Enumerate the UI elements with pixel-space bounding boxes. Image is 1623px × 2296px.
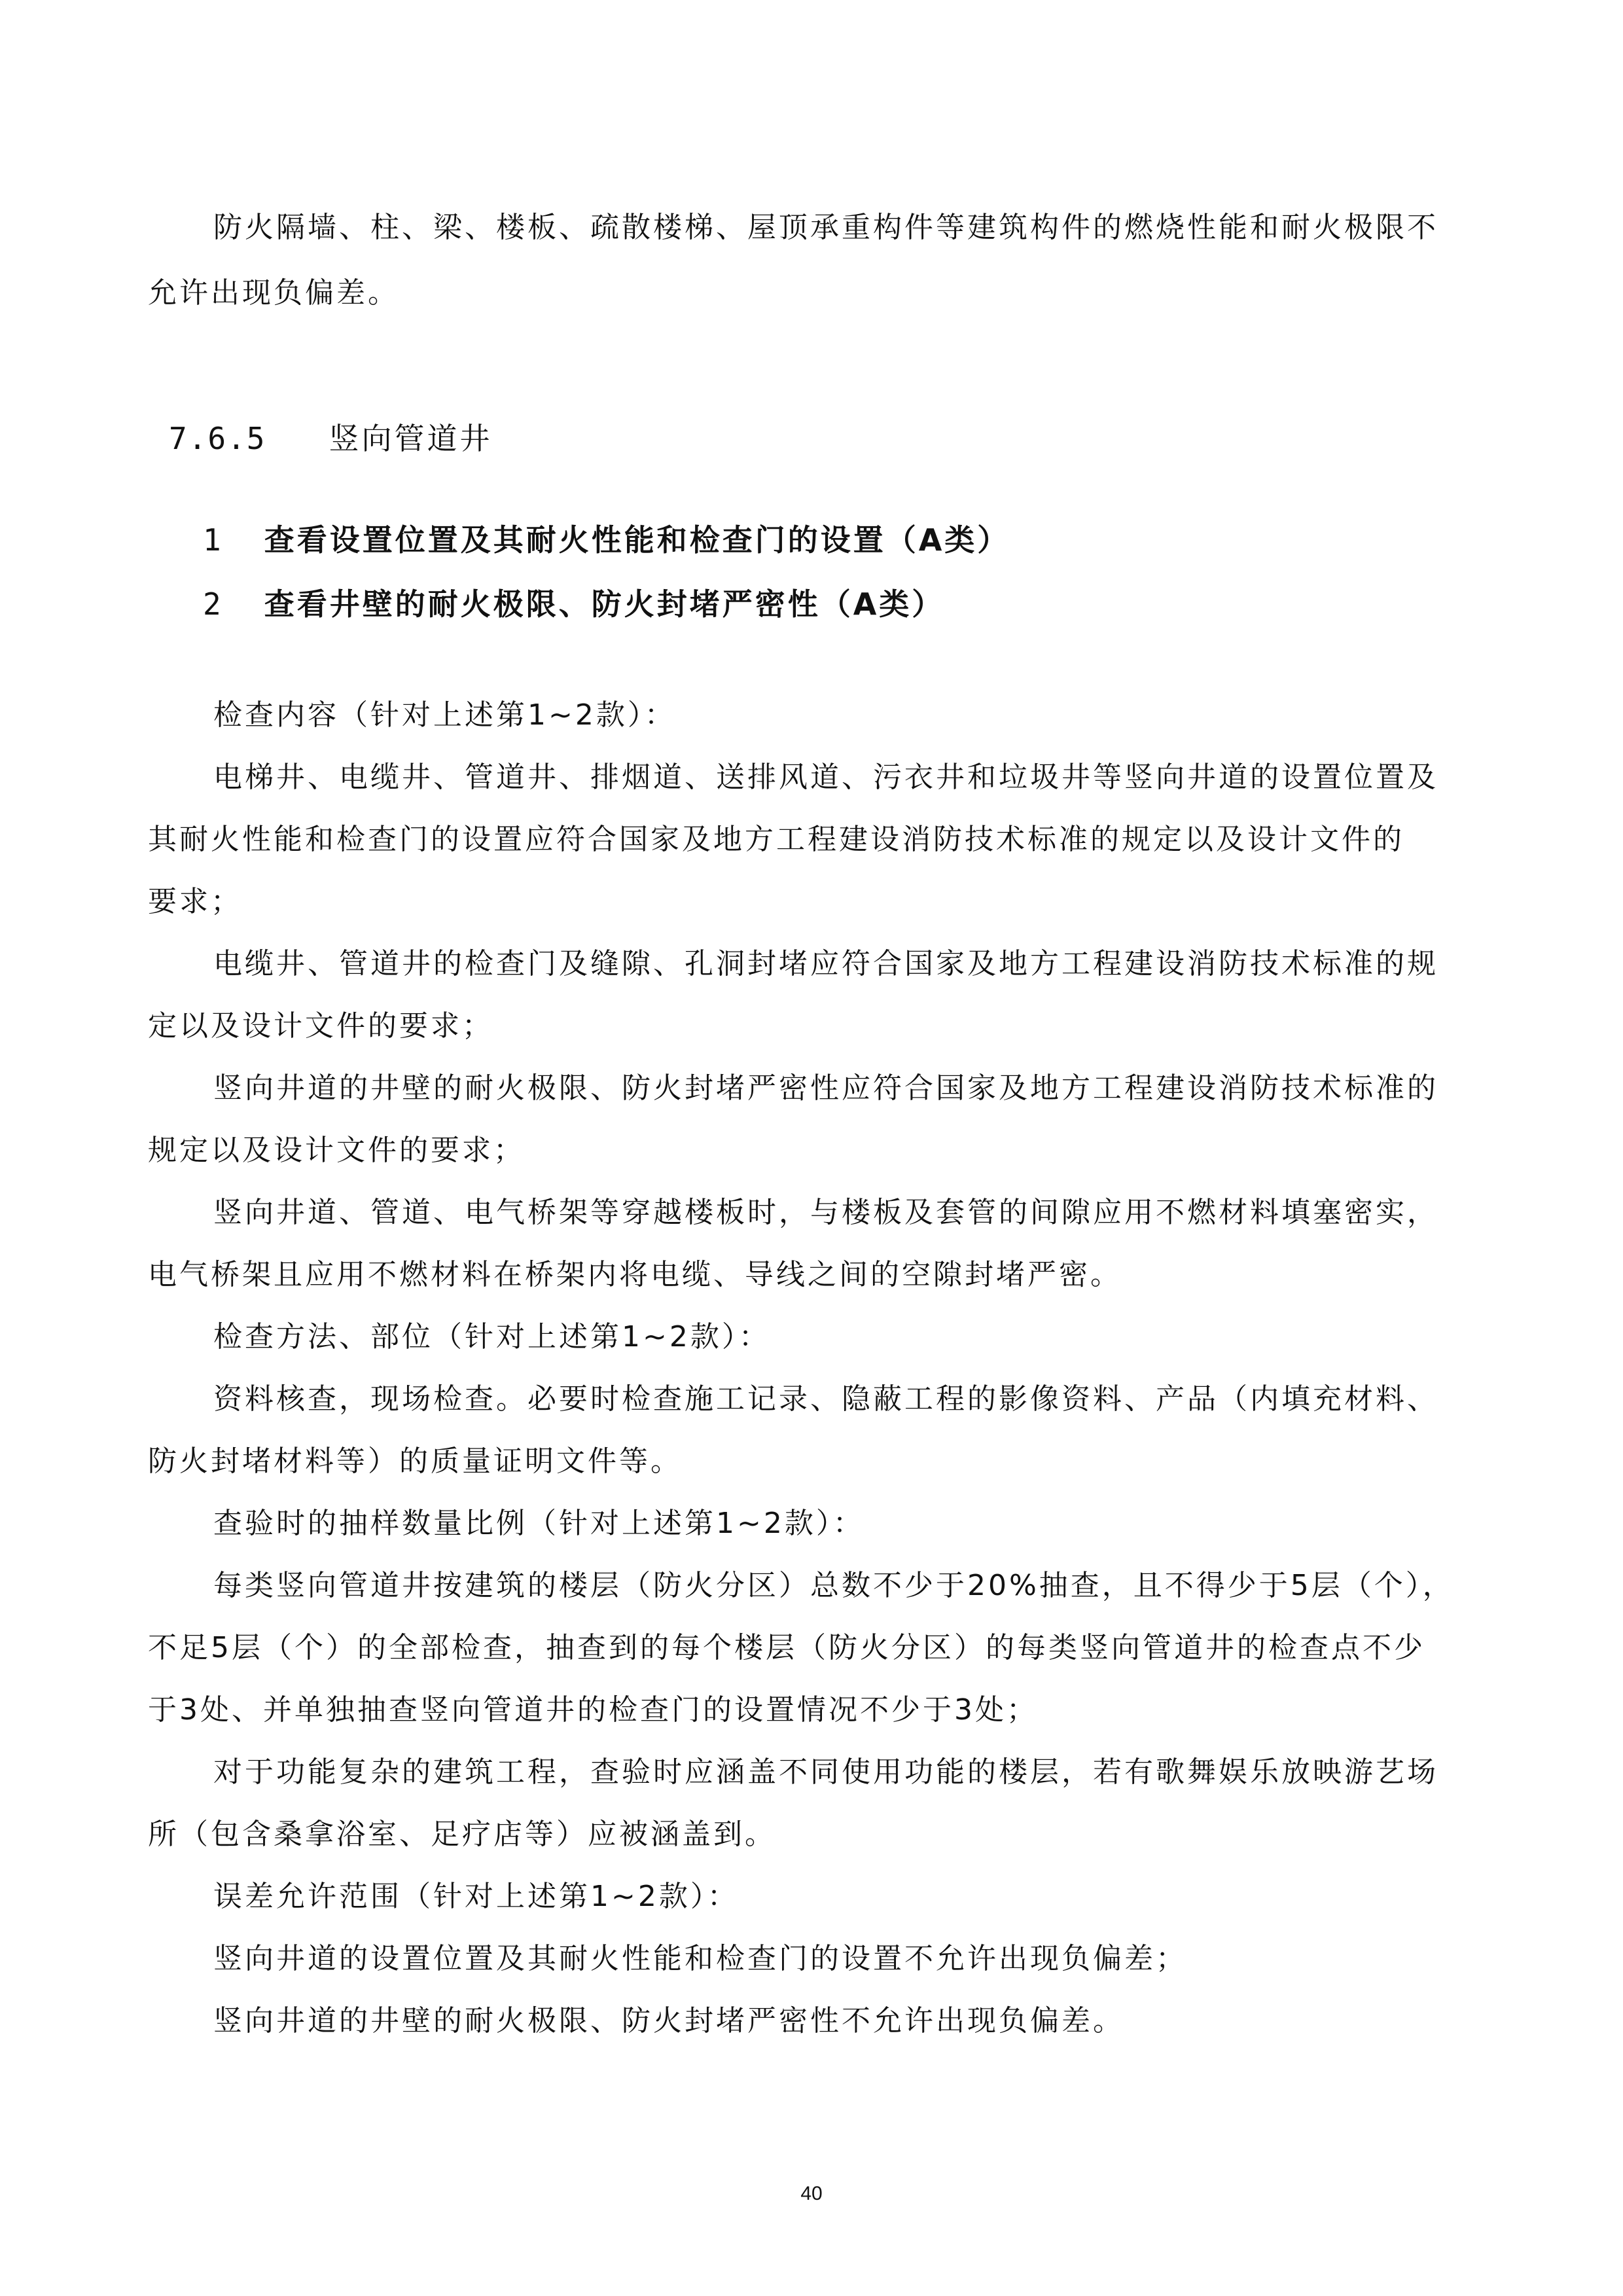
page-number: 40	[0, 2183, 1623, 2205]
body-line: 其耐火性能和检查门的设置应符合国家及地方工程建设消防技术标准的规定以及设计文件的	[148, 820, 1480, 859]
body-line: 对于功能复杂的建筑工程，查验时应涵盖不同使用功能的楼层，若有歌舞娱乐放映游艺场	[213, 1753, 1546, 1792]
body-line: 资料核查，现场检查。必要时检查施工记录、隐蔽工程的影像资料、产品（内填充材料、	[213, 1380, 1546, 1419]
body-line: 电梯井、电缆井、管道井、排烟道、送排风道、污衣井和垃圾井等竖向井道的设置位置及	[213, 758, 1546, 797]
body-line: 防火封堵材料等）的质量证明文件等。	[148, 1442, 1480, 1481]
body-line: 要求；	[148, 882, 1480, 922]
body-line: 竖向井道、管道、电气桥架等穿越楼板时，与楼板及套管的间隙应用不燃材料填塞密实，	[213, 1193, 1546, 1232]
body-line: 电气桥架且应用不燃材料在桥架内将电缆、导线之间的空隙封堵严密。	[148, 1255, 1480, 1295]
label-tolerance: 误差允许范围（针对上述第1~2款）：	[213, 1877, 1546, 1916]
label-sampling-ratio: 查验时的抽样数量比例（针对上述第1~2款）：	[213, 1504, 1546, 1543]
check-item-1: 1查看设置位置及其耐火性能和检查门的设置（A类）	[203, 520, 1010, 560]
document-page: 防火隔墙、柱、梁、楼板、疏散楼梯、屋顶承重构件等建筑构件的燃烧性能和耐火极限不 …	[0, 0, 1623, 2296]
label-inspection-method: 检查方法、部位（针对上述第1~2款）：	[213, 1318, 1546, 1357]
body-line: 每类竖向管道井按建筑的楼层（防火分区）总数不少于20%抽查，且不得少于5层（个）…	[213, 1566, 1546, 1605]
body-line: 电缆井、管道井的检查门及缝隙、孔洞封堵应符合国家及地方工程建设消防技术标准的规	[213, 944, 1546, 984]
body-line: 规定以及设计文件的要求；	[148, 1131, 1480, 1170]
intro-line-2: 允许出现负偏差。	[148, 274, 1480, 313]
body-line: 竖向井道的井壁的耐火极限、防火封堵严密性不允许出现负偏差。	[213, 2001, 1546, 2041]
section-title: 竖向管道井	[329, 421, 492, 456]
check-item-text: 查看井壁的耐火极限、防火封堵严密性（A类）	[264, 586, 945, 622]
check-item-text: 查看设置位置及其耐火性能和检查门的设置（A类）	[264, 522, 1010, 558]
check-item-2: 2查看井壁的耐火极限、防火封堵严密性（A类）	[203, 584, 944, 624]
body-line: 定以及设计文件的要求；	[148, 1007, 1480, 1046]
section-number: 7.6.5	[169, 421, 266, 456]
label-inspection-content: 检查内容（针对上述第1~2款）：	[213, 696, 1546, 735]
section-heading: 7.6.5竖向管道井	[169, 419, 492, 458]
check-item-number: 2	[203, 586, 224, 622]
body-line: 所（包含桑拿浴室、足疗店等）应被涵盖到。	[148, 1815, 1480, 1854]
intro-line-1: 防火隔墙、柱、梁、楼板、疏散楼梯、屋顶承重构件等建筑构件的燃烧性能和耐火极限不	[213, 208, 1546, 247]
body-line: 不足5层（个）的全部检查，抽查到的每个楼层（防火分区）的每类竖向管道井的检查点不…	[148, 1628, 1480, 1668]
check-item-number: 1	[203, 522, 224, 558]
body-line: 于3处、并单独抽查竖向管道井的检查门的设置情况不少于3处；	[148, 1691, 1480, 1730]
body-line: 竖向井道的井壁的耐火极限、防火封堵严密性应符合国家及地方工程建设消防技术标准的	[213, 1069, 1546, 1108]
body-line: 竖向井道的设置位置及其耐火性能和检查门的设置不允许出现负偏差；	[213, 1939, 1546, 1979]
